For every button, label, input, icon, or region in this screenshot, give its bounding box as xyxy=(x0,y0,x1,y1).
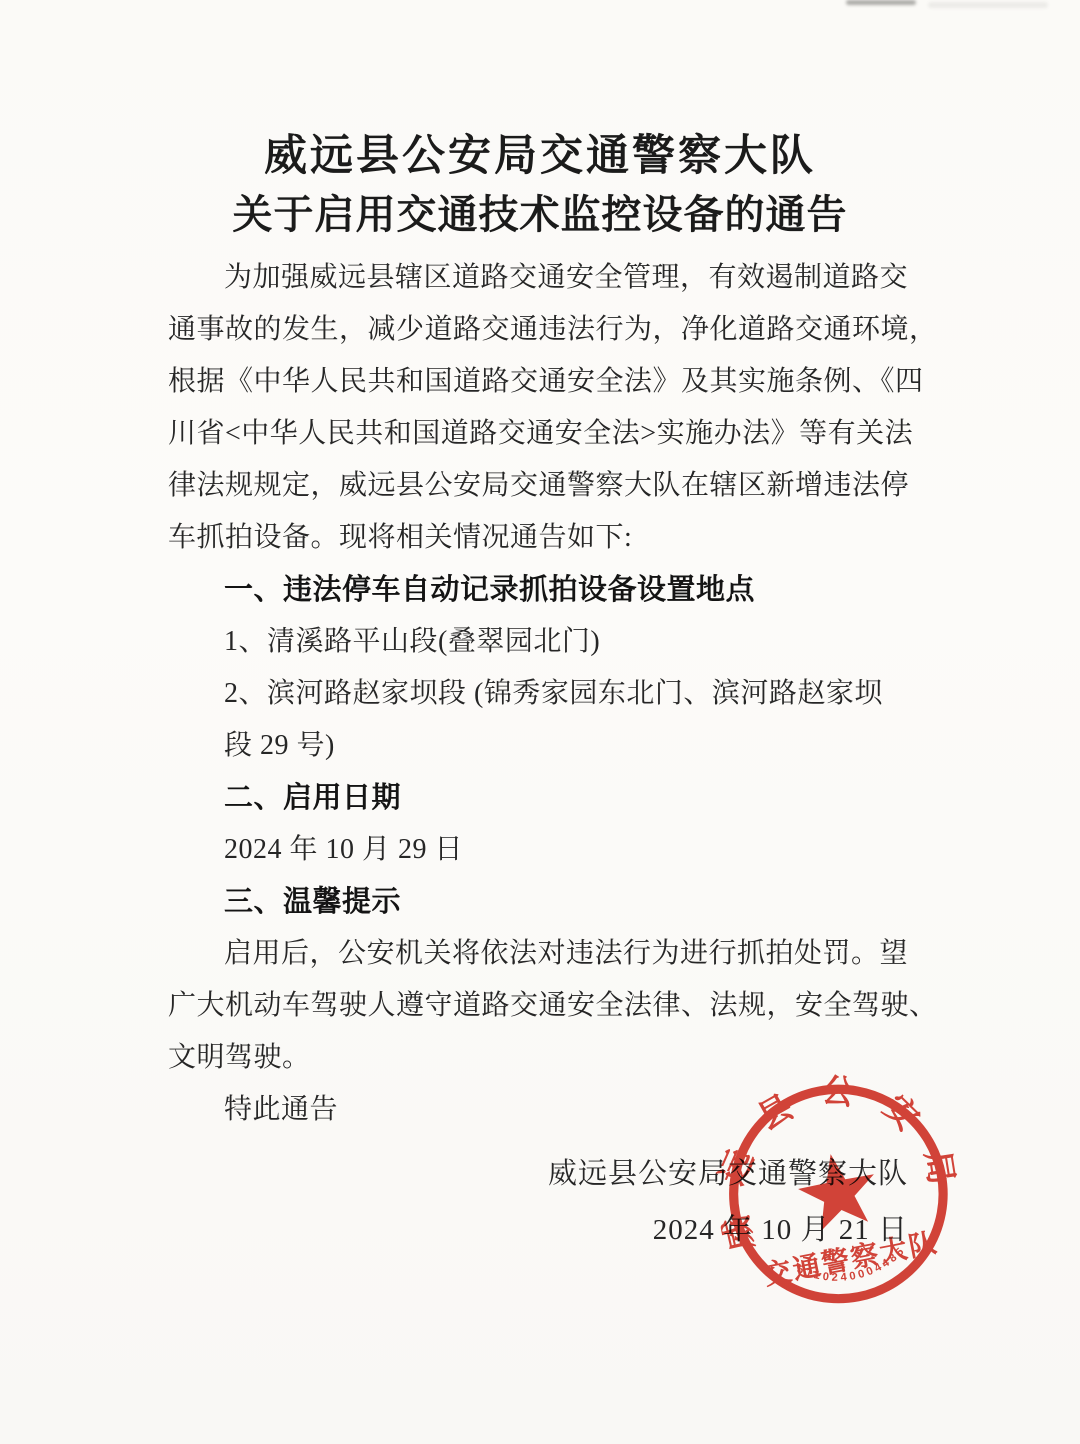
doc-line: 通事故的发生，减少道路交通违法行为，净化道路交通环境， xyxy=(168,304,912,356)
doc-line: 车抓拍设备。现将相关情况通告如下: xyxy=(168,512,912,564)
doc-line: 启用后，公安机关将依法对违法行为进行抓拍处罚。望 xyxy=(168,928,912,980)
doc-title-line2: 关于启用交通技术监控设备的通告 xyxy=(0,186,1080,244)
doc-line: 为加强威远县辖区道路交通安全管理，有效遏制道路交 xyxy=(168,252,912,304)
notice-document: 威远县公安局交通警察大队 关于启用交通技术监控设备的通告 为加强威远县辖区道路交… xyxy=(0,0,1080,1444)
official-seal: 威远县公安局 交通警察大队 5110240004485 xyxy=(695,1049,981,1335)
list-item-1: 1、清溪路平山段(叠翠园北门) xyxy=(168,616,912,668)
section-heading-3: 三、温馨提示 xyxy=(168,876,912,928)
doc-title: 威远县公安局交通警察大队 关于启用交通技术监控设备的通告 xyxy=(0,128,1080,244)
doc-line: 律法规规定，威远县公安局交通警察大队在辖区新增违法停 xyxy=(168,460,912,512)
section-heading-1: 一、违法停车自动记录抓拍设备设置地点 xyxy=(168,564,912,616)
doc-line: 广大机动车驾驶人遵守道路交通安全法律、法规，安全驾驶、 xyxy=(168,980,912,1032)
seal-star-icon xyxy=(793,1147,883,1234)
doc-body: 为加强威远县辖区道路交通安全管理，有效遏制道路交 通事故的发生，减少道路交通违法… xyxy=(168,252,912,1136)
doc-line: 根据《中华人民共和国道路交通安全法》及其实施条例、《四 xyxy=(168,356,912,408)
section-heading-2: 二、启用日期 xyxy=(168,772,912,824)
scan-smudge xyxy=(928,2,1048,8)
list-item-2-cont: 段 29 号) xyxy=(168,720,912,772)
doc-line: 川省<中华人民共和国道路交通安全法>实施办法》等有关法 xyxy=(168,408,912,460)
list-item-2: 2、滨河路赵家坝段 (锦秀家园东北门、滨河路赵家坝 xyxy=(168,668,912,720)
doc-title-line1: 威远县公安局交通警察大队 xyxy=(0,128,1080,186)
enable-date: 2024 年 10 月 29 日 xyxy=(168,824,912,876)
scan-smudge xyxy=(846,0,916,5)
